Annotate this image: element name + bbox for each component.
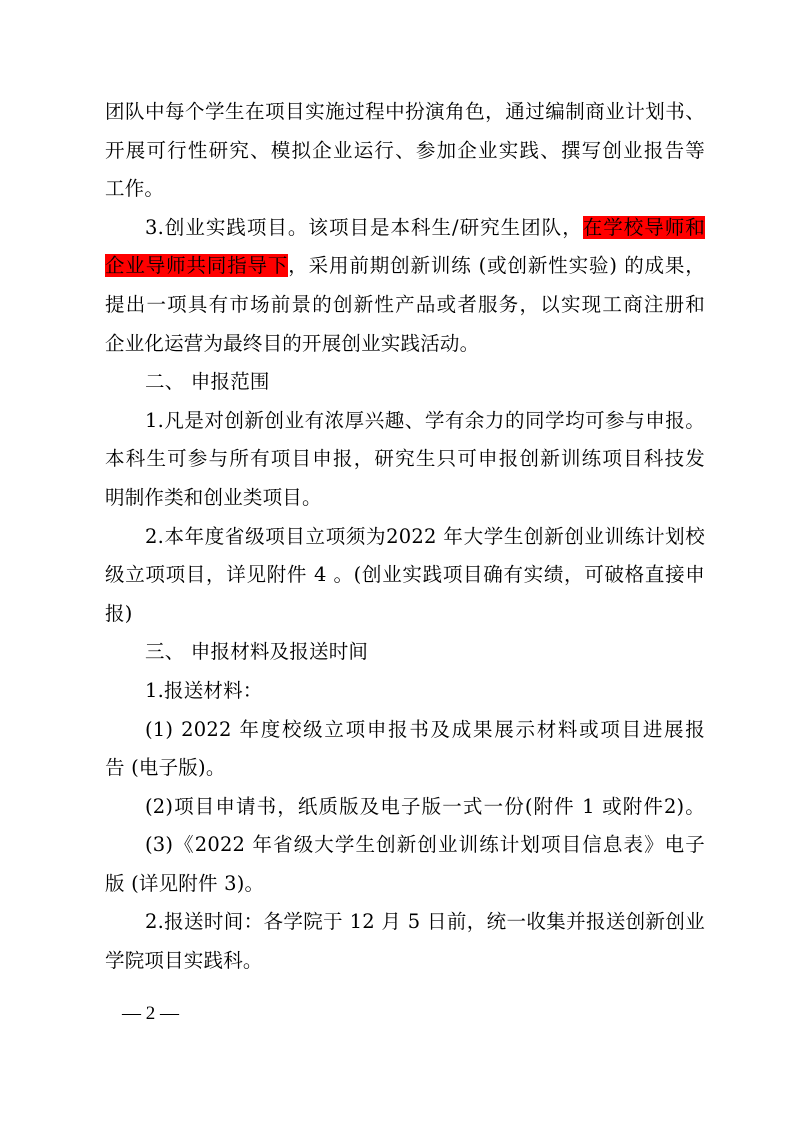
text-line: (1) 2022 年度校级立项申报书及成果展示材料或项目进展报: [105, 711, 705, 750]
highlighted-text: 在学校导师和: [583, 216, 705, 239]
section-heading: 三、 申报材料及报送时间: [105, 633, 705, 672]
text-line: 企业化运营为最终目的开展创业实践活动。: [105, 325, 705, 364]
text-line: 级立项项目，详见附件 4 。(创业实践项目确有实绩，可破格直接申: [105, 556, 705, 595]
text-line: 提出一项具有市场前景的创新性产品或者服务，以实现工商注册和: [105, 286, 705, 325]
page-number: — 2 —: [122, 1003, 179, 1025]
text-line: 明制作类和创业类项目。: [105, 479, 705, 518]
text-line: 本科生可参与所有项目申报，研究生只可申报创新训练项目科技发: [105, 440, 705, 479]
text-segment: 3.创业实践项目。该项目是本科生/研究生团队，: [145, 216, 583, 239]
text-line: 开展可行性研究、模拟企业运行、参加企业实践、撰写创业报告等: [105, 132, 705, 171]
text-segment: ，采用前期创新训练 (或创新性实验) 的成果，: [288, 254, 705, 277]
text-line: 1.凡是对创新创业有浓厚兴趣、学有余力的同学均可参与申报。: [105, 402, 705, 441]
text-line: 版 (详见附件 3)。: [105, 865, 705, 904]
text-line: 1.报送材料：: [105, 672, 705, 711]
text-line: (3)《2022 年省级大学生创新创业训练计划项目信息表》电子: [105, 826, 705, 865]
text-line: 工作。: [105, 170, 705, 209]
highlighted-text: 企业导师共同指导下: [105, 254, 288, 277]
text-line: 3.创业实践项目。该项目是本科生/研究生团队，在学校导师和: [105, 209, 705, 248]
document-page: 团队中每个学生在项目实施过程中扮演角色，通过编制商业计划书、 开展可行性研究、模…: [105, 93, 705, 981]
text-line: 企业导师共同指导下，采用前期创新训练 (或创新性实验) 的成果，: [105, 247, 705, 286]
text-line: 团队中每个学生在项目实施过程中扮演角色，通过编制商业计划书、: [105, 93, 705, 132]
text-line: 2.报送时间：各学院于 12 月 5 日前，统一收集并报送创新创业: [105, 903, 705, 942]
text-line: 2.本年度省级项目立项须为2022 年大学生创新创业训练计划校: [105, 518, 705, 557]
section-heading: 二、 申报范围: [105, 363, 705, 402]
text-line: 报): [105, 595, 705, 634]
text-line: 学院项目实践科。: [105, 942, 705, 981]
text-line: 告 (电子版)。: [105, 749, 705, 788]
text-line: (2)项目申请书，纸质版及电子版一式一份(附件 1 或附件2)。: [105, 788, 705, 827]
